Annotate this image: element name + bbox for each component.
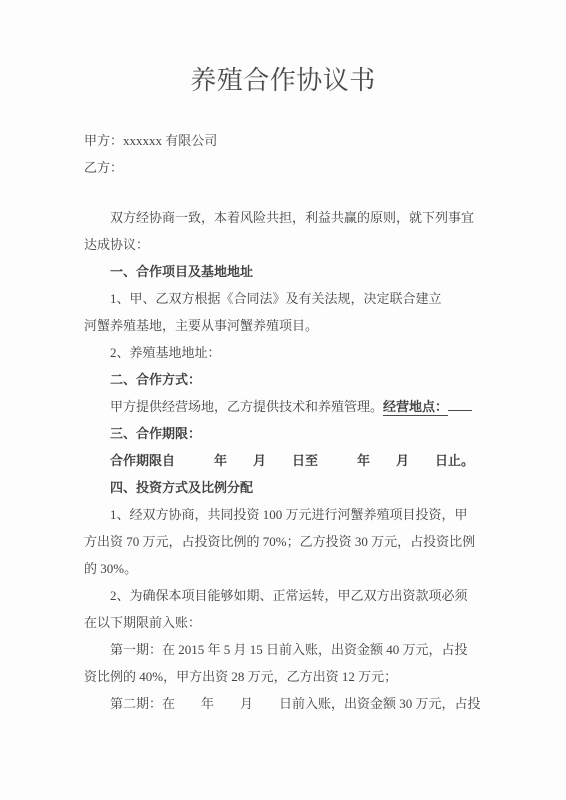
section-4-heading: 四、投资方式及比例分配 xyxy=(84,474,484,501)
section-1-clause-2: 2、养殖基地地址： xyxy=(84,339,484,366)
section-2-location-blank xyxy=(448,398,472,411)
section-4-clause-1-line-1: 1、经双方协商，共同投资 100 万元进行河蟹养殖项目投资，甲 xyxy=(84,501,484,528)
document-body: 甲方：xxxxxx 有限公司 乙方： 双方经协商一致，本着风险共担，利益共赢的原… xyxy=(0,127,566,717)
party-b-line: 乙方： xyxy=(84,154,484,181)
section-4-clause-2-line-2: 在以下期限前入账： xyxy=(84,609,484,636)
section-2-location-label: 经营地点： xyxy=(383,399,448,416)
section-3-heading: 三、合作期限： xyxy=(84,420,484,447)
section-4-clause-2-line-1: 2、为确保本项目能够如期、正常运转，甲乙双方出资款项必须 xyxy=(84,582,484,609)
section-4-period-1-line-2: 资比例的 40%，甲方出资 28 万元，乙方出资 12 万元； xyxy=(84,663,484,690)
section-2-heading: 二、合作方式： xyxy=(84,366,484,393)
parties-block: 甲方：xxxxxx 有限公司 乙方： xyxy=(84,127,484,181)
section-4-clause-1-line-3: 的 30%。 xyxy=(84,555,484,582)
section-1-heading: 一、合作项目及基地地址 xyxy=(84,258,484,285)
section-2-body-text: 甲方提供经营场地，乙方提供技术和养殖管理。 xyxy=(110,399,383,414)
section-1-clause-1-line-1: 1、甲、乙双方根据《合同法》及有关法规，决定联合建立 xyxy=(84,285,484,312)
section-4-period-2-line-1: 第二期：在 年 月 日前入账，出资金额 30 万元，占投 xyxy=(84,690,484,717)
agreement-text: 双方经协商一致，本着风险共担，利益共赢的原则，就下列事宜 达成协议： 一、合作项… xyxy=(84,204,484,717)
section-3-term-line: 合作期限自 年 月 日至 年 月 日止。 xyxy=(84,447,484,474)
party-a-line: 甲方：xxxxxx 有限公司 xyxy=(84,127,484,154)
section-4-period-1-line-1: 第一期：在 2015 年 5 月 15 日前入账，出资金额 40 万元，占投 xyxy=(84,636,484,663)
preamble-line-2: 达成协议： xyxy=(84,231,484,258)
section-4-clause-1-line-2: 方出资 70 万元，占投资比例的 70%；乙方投资 30 万元，占投资比例 xyxy=(84,528,484,555)
document-title: 养殖合作协议书 xyxy=(0,64,566,98)
preamble-line-1: 双方经协商一致，本着风险共担，利益共赢的原则，就下列事宜 xyxy=(84,204,484,231)
section-2-body-line: 甲方提供经营场地，乙方提供技术和养殖管理。经营地点： xyxy=(84,393,484,420)
section-1-clause-1-line-2: 河蟹养殖基地，主要从事河蟹养殖项目。 xyxy=(84,312,484,339)
document-page: 养殖合作协议书 甲方：xxxxxx 有限公司 乙方： 双方经协商一致，本着风险共… xyxy=(0,0,566,800)
